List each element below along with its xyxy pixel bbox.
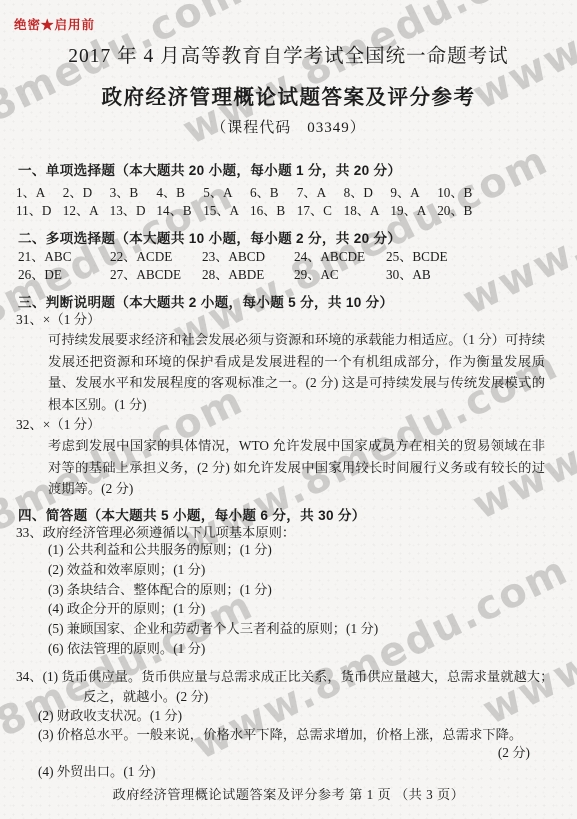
answer-item: 30、AB [386, 264, 478, 283]
single-choice-answers-row-1: 1、A 2、D 3、B 4、B 5、A 6、B 7、A 8、D 9、A 10、B [16, 182, 484, 201]
question-34-item-1-continued: 反之，就越小。(2 分) [83, 686, 208, 705]
answer-item: 14、B [156, 200, 203, 219]
list-item: (5) 兼顾国家、企业和劳动者个人三者利益的原则；(1 分) [48, 619, 378, 639]
section-judgment-title: 三、判断说明题（本大题共 2 小题，每小题 5 分，共 10 分） [18, 291, 393, 311]
answer-item: 4、B [156, 182, 203, 201]
answer-item: 11、D [16, 200, 63, 219]
question-34-item-3: (3) 价格总水平。一般来说，价格水平下降，总需求增加，价格上涨，总需求下降。 [38, 724, 522, 743]
answer-item: 12、A [63, 200, 110, 219]
question-32-verdict: 32、×（1 分） [16, 414, 101, 433]
question-34-item-2: (2) 财政收支状况。(1 分) [38, 705, 182, 724]
classification-label: 绝密★启用前 [14, 15, 95, 33]
answer-item: 25、BCDE [386, 246, 478, 265]
answer-item: 9、A [390, 182, 437, 201]
multi-choice-answers-row-1: 21、ABC 22、ACDE 23、ABCD 24、ABCDE 25、BCDE [18, 246, 480, 265]
multi-choice-answers-row-2: 26、DE 27、ABCDE 28、ABDE 29、AC 30、AB [18, 264, 480, 283]
answer-item: 6、B [250, 182, 297, 201]
answer-item: 27、ABCDE [110, 264, 202, 283]
answer-item: 20、B [437, 200, 484, 219]
list-item: (2) 效益和效率原则；(1 分) [48, 560, 378, 580]
answer-item: 23、ABCD [202, 246, 294, 265]
answer-item: 24、ABCDE [294, 246, 386, 265]
question-34-item-3-score: (2 分) [0, 742, 530, 761]
answer-item: 22、ACDE [110, 246, 202, 265]
answer-item: 3、B [110, 182, 157, 201]
list-item: (4) 政企分开的原则；(1 分) [48, 599, 378, 619]
section-short-answer-title: 四、简答题（本大题共 5 小题，每小题 6 分，共 30 分） [18, 504, 366, 524]
answer-item: 18、A [344, 200, 391, 219]
question-33-intro: 33、政府经济管理必须遵循以下几项基本原则： [16, 522, 295, 541]
question-32-explanation: 考虑到发展中国家的具体情况，WTO 允许发展中国家成员方在相关的贸易领域在非对等… [48, 435, 545, 500]
page-footer: 政府经济管理概论试题答案及评分参考 第 1 页 （共 3 页） [0, 784, 577, 803]
exam-title: 2017 年 4 月高等教育自学考试全国统一命题考试 [0, 40, 577, 68]
list-item: (6) 依法管理的原则。(1 分) [48, 639, 378, 659]
answer-item: 29、AC [294, 264, 386, 283]
answer-item: 17、C [297, 200, 344, 219]
answer-item: 7、A [297, 182, 344, 201]
question-31-verdict: 31、×（1 分） [16, 309, 101, 328]
answer-item: 2、D [63, 182, 110, 201]
answer-item: 15、A [203, 200, 250, 219]
answer-item: 21、ABC [18, 246, 110, 265]
question-31-explanation: 可持续发展要求经济和社会发展必须与资源和环境的承载能力相适应。（1 分）可持续发… [48, 329, 545, 415]
answer-item: 10、B [437, 182, 484, 201]
answer-item: 19、A [390, 200, 437, 219]
answer-item: 5、A [203, 182, 250, 201]
scanned-exam-answer-page: www.8medu.com www.8medu.com www.8medu.co… [0, 0, 577, 819]
section-multi-choice-title: 二、多项选择题（本大题共 10 小题，每小题 2 分，共 20 分） [18, 227, 401, 247]
answer-item: 13、D [110, 200, 157, 219]
answer-item: 1、A [16, 182, 63, 201]
section-single-choice-title: 一、单项选择题（本大题共 20 小题，每小题 1 分，共 20 分） [18, 159, 401, 179]
answer-item: 28、ABDE [202, 264, 294, 283]
list-item: (3) 条块结合、整体配合的原则；(1 分) [48, 580, 378, 600]
answer-item: 8、D [344, 182, 391, 201]
paper-title: 政府经济管理概论试题答案及评分参考 [0, 80, 577, 110]
answer-item: 16、B [250, 200, 297, 219]
document-content: 绝密★启用前 2017 年 4 月高等教育自学考试全国统一命题考试 政府经济管理… [0, 0, 577, 819]
question-34-item-4: (4) 外贸出口。(1 分) [38, 761, 155, 780]
single-choice-answers-row-2: 11、D 12、A 13、D 14、B 15、A 16、B 17、C 18、A … [16, 200, 484, 219]
list-item: (1) 公共利益和公共服务的原则；(1 分) [48, 540, 378, 560]
question-33-item-list: (1) 公共利益和公共服务的原则；(1 分) (2) 效益和效率原则；(1 分)… [48, 540, 378, 659]
question-34-item-1: 34、(1) 货币供应量。货币供应量与总需求成正比关系，货币供应量越大，总需求量… [16, 666, 553, 685]
course-code: （课程代码 03349） [0, 116, 577, 137]
answer-item: 26、DE [18, 264, 110, 283]
